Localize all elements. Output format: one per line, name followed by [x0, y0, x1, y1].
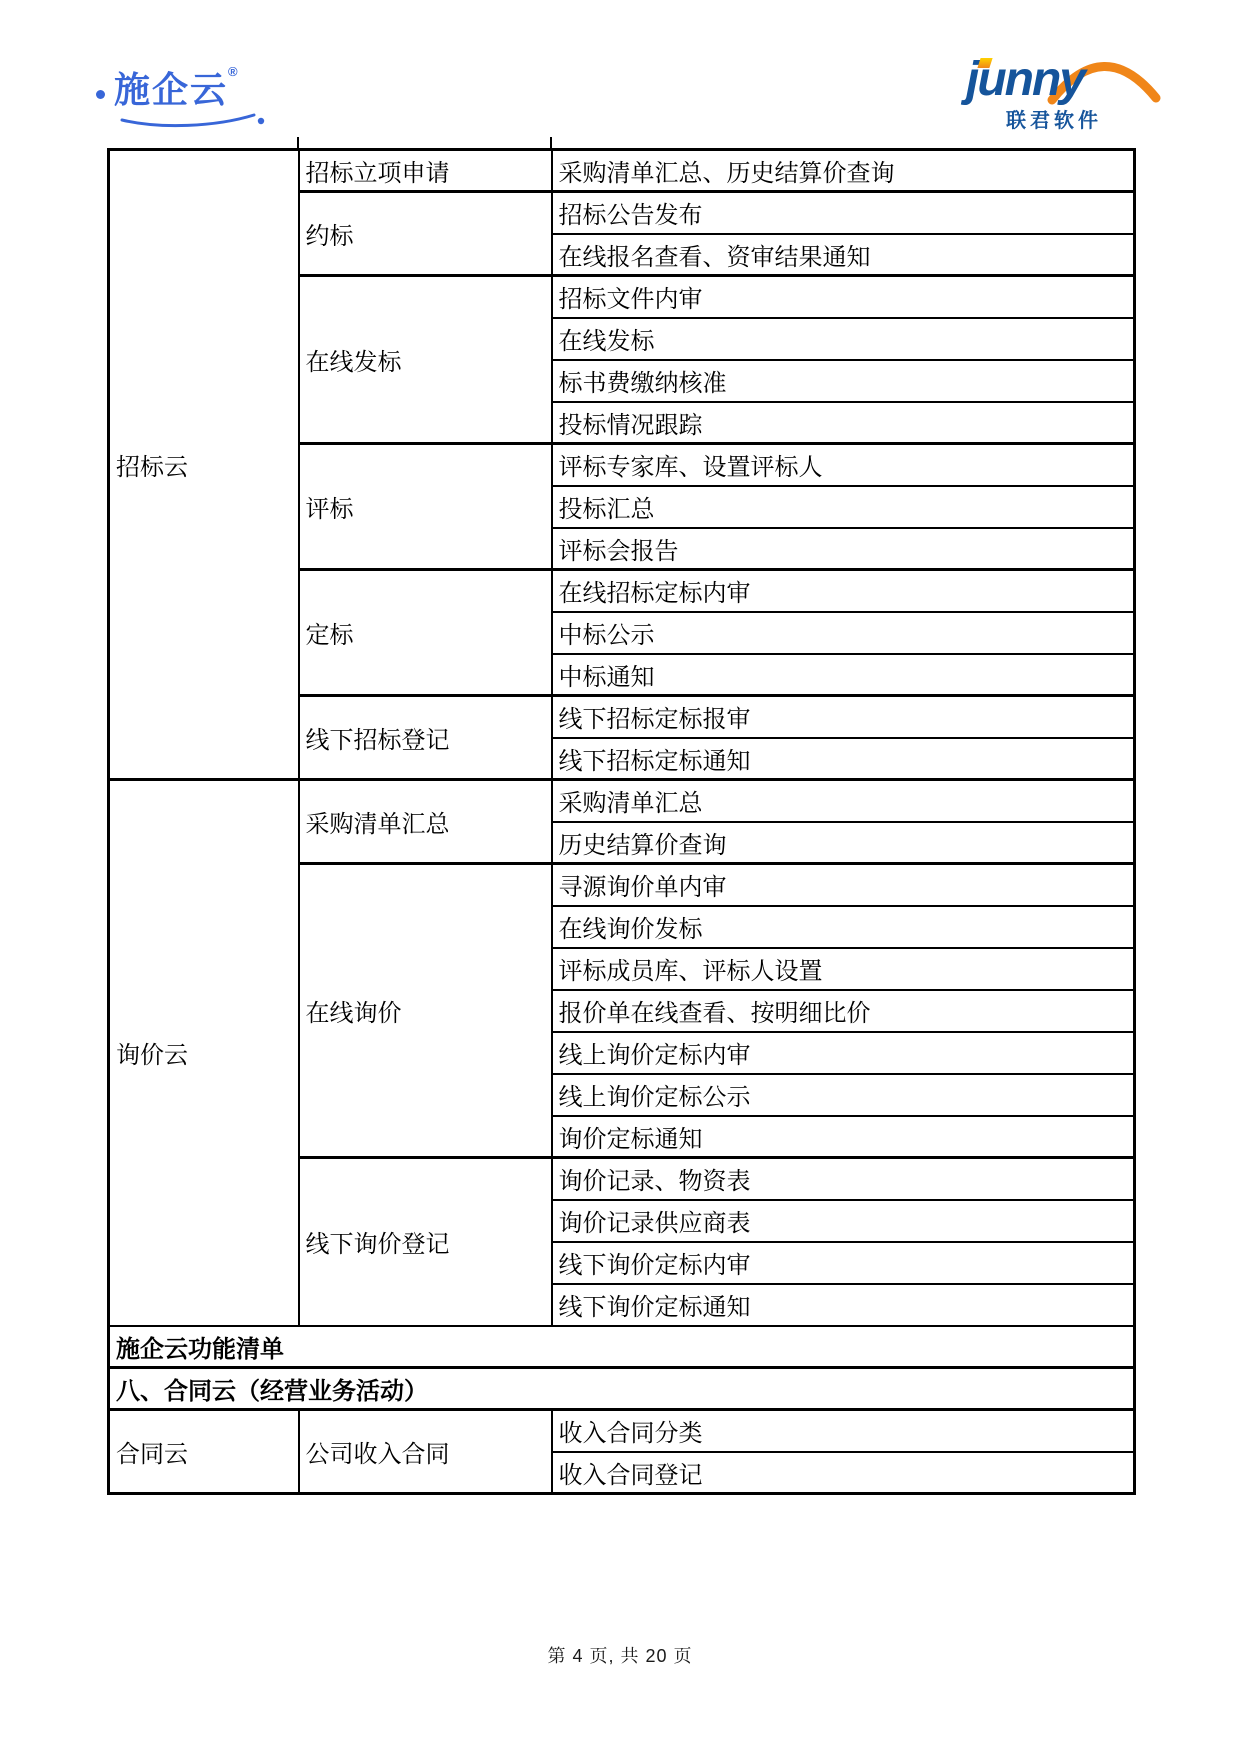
- banner-row: 施企云功能清单: [109, 1326, 1135, 1368]
- section-heading: 八、合同云（经营业务活动）: [109, 1368, 1135, 1410]
- category-cell: 询价云: [109, 780, 299, 1326]
- subcategory-cell: 评标: [299, 444, 552, 570]
- feature-item-cell: 线下询价定标内审: [552, 1242, 1135, 1284]
- registered-mark: ®: [228, 64, 238, 79]
- table-row: 招标云招标立项申请采购清单汇总、历史结算价查询: [109, 150, 1135, 192]
- category-cell: 招标云: [109, 150, 299, 780]
- table-row: 询价云采购清单汇总采购清单汇总: [109, 780, 1135, 822]
- feature-item-cell: 线上询价定标公示: [552, 1074, 1135, 1116]
- feature-item-cell: 在线报名查看、资审结果通知: [552, 234, 1135, 276]
- subcategory-cell: 定标: [299, 570, 552, 696]
- footer: 第 4 页, 共 20 页: [0, 1642, 1240, 1668]
- logo-swoosh-icon: [120, 110, 270, 130]
- feature-item-cell: 投标情况跟踪: [552, 402, 1135, 444]
- feature-item-cell: 投标汇总: [552, 486, 1135, 528]
- feature-item-cell: 招标文件内审: [552, 276, 1135, 318]
- feature-item-cell: 报价单在线查看、按明细比价: [552, 990, 1135, 1032]
- feature-item-cell: 在线发标: [552, 318, 1135, 360]
- subcategory-cell: 线下招标登记: [299, 696, 552, 780]
- subcategory-cell: 在线发标: [299, 276, 552, 444]
- section-heading-row: 八、合同云（经营业务活动）: [109, 1368, 1135, 1410]
- feature-item-cell: 询价定标通知: [552, 1116, 1135, 1158]
- feature-item-cell: 线下招标定标通知: [552, 738, 1135, 780]
- category-cell: 合同云: [109, 1410, 299, 1494]
- feature-item-cell: 招标公告发布: [552, 192, 1135, 234]
- feature-item-cell: 评标会报告: [552, 528, 1135, 570]
- logo-dot-icon: [96, 90, 105, 99]
- banner-title: 施企云功能清单: [109, 1326, 1135, 1368]
- subcategory-cell: 在线询价: [299, 864, 552, 1158]
- document-page: 施企云 ® junny 联君软件 招标云招标立项申请采购清单汇总、历史结算价查询…: [0, 0, 1240, 1754]
- page-number-text: 第 4 页, 共 20 页: [547, 1646, 692, 1666]
- subcategory-cell: 公司收入合同: [299, 1410, 552, 1494]
- function-table: 招标云招标立项申请采购清单汇总、历史结算价查询约标招标公告发布在线报名查看、资审…: [107, 148, 1136, 1495]
- feature-item-cell: 中标通知: [552, 654, 1135, 696]
- subcategory-cell: 招标立项申请: [299, 150, 552, 192]
- table-line-stub: [550, 137, 552, 148]
- junny-subtext: 联君软件: [1006, 104, 1182, 133]
- feature-item-cell: 线下招标定标报审: [552, 696, 1135, 738]
- feature-item-cell: 评标成员库、评标人设置: [552, 948, 1135, 990]
- subcategory-cell: 线下询价登记: [299, 1158, 552, 1326]
- feature-item-cell: 线上询价定标内审: [552, 1032, 1135, 1074]
- feature-item-cell: 采购清单汇总、历史结算价查询: [552, 150, 1135, 192]
- feature-item-cell: 询价记录、物资表: [552, 1158, 1135, 1200]
- feature-item-cell: 评标专家库、设置评标人: [552, 444, 1135, 486]
- feature-item-cell: 采购清单汇总: [552, 780, 1135, 822]
- feature-item-cell: 线下询价定标通知: [552, 1284, 1135, 1326]
- feature-item-cell: 在线询价发标: [552, 906, 1135, 948]
- feature-item-cell: 在线招标定标内审: [552, 570, 1135, 612]
- junny-wordmark: junny: [966, 56, 1182, 104]
- logo-shiqiyun: 施企云 ®: [96, 62, 266, 132]
- feature-item-cell: 寻源询价单内审: [552, 864, 1135, 906]
- feature-item-cell: 历史结算价查询: [552, 822, 1135, 864]
- subcategory-cell: 采购清单汇总: [299, 780, 552, 864]
- subcategory-cell: 约标: [299, 192, 552, 276]
- feature-item-cell: 收入合同登记: [552, 1452, 1135, 1494]
- feature-item-cell: 收入合同分类: [552, 1410, 1135, 1452]
- feature-item-cell: 标书费缴纳核准: [552, 360, 1135, 402]
- feature-item-cell: 询价记录供应商表: [552, 1200, 1135, 1242]
- table-row: 合同云公司收入合同收入合同分类: [109, 1410, 1135, 1452]
- logo-junny: junny 联君软件: [952, 56, 1182, 136]
- feature-item-cell: 中标公示: [552, 612, 1135, 654]
- table-line-stub: [297, 137, 299, 148]
- logo-shiqiyun-text: 施企云: [114, 62, 228, 113]
